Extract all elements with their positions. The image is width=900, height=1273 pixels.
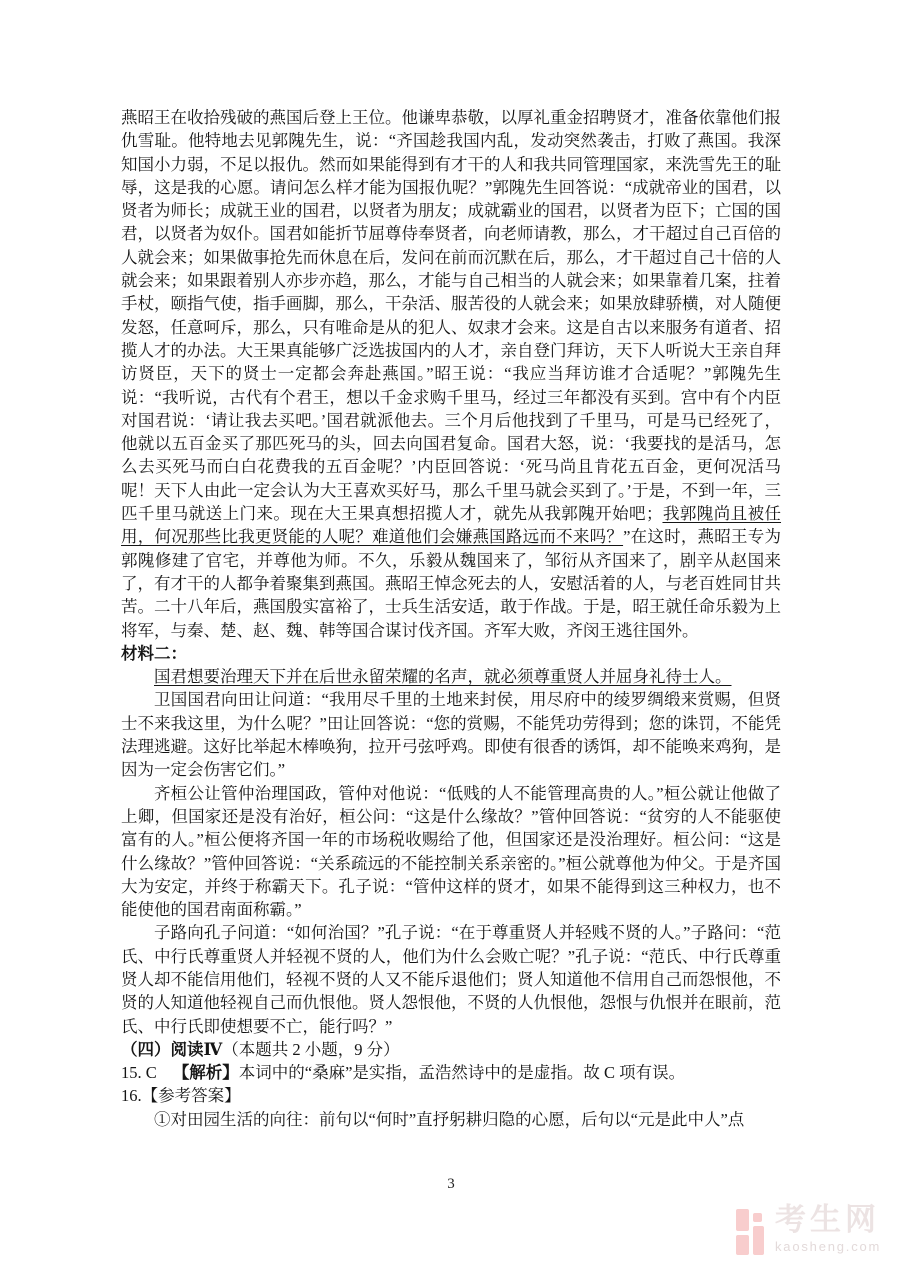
logo-block <box>736 1209 749 1231</box>
answer-16-point1: ①对田园生活的向往：前句以“何时”直抒躬耕归隐的心愿，后句以“元是此中人”点 <box>121 1108 781 1131</box>
section4-meta: （本题共 2 小题，9 分） <box>222 1040 399 1059</box>
page-number: 3 <box>0 1176 900 1193</box>
watermark-text: 考生网 kaosheng.com <box>775 1204 881 1254</box>
watermark-domain: kaosheng.com <box>775 1239 881 1254</box>
logo-block <box>736 1235 749 1255</box>
answer-15-analysis-label: 【解析】 <box>173 1063 239 1082</box>
material1-text-pre: 燕昭王在收拾残破的燕国后登上王位。他谦卑恭敬，以厚礼重金招聘贤才，准备依靠他们报… <box>121 108 781 523</box>
logo-block <box>753 1226 764 1255</box>
logo-block <box>753 1213 762 1222</box>
material1-translation-paragraph: 燕昭王在收拾残破的燕国后登上王位。他谦卑恭敬，以厚礼重金招聘贤才，准备依靠他们报… <box>121 106 781 642</box>
document-body: 燕昭王在收拾残破的燕国后登上王位。他谦卑恭敬，以厚礼重金招聘贤才，准备依靠他们报… <box>121 106 781 1131</box>
answer-15-analysis-text: 本词中的“桑麻”是实指，孟浩然诗中的是虚指。故 C 项有误。 <box>239 1063 685 1082</box>
answer-15-choice: 15. C <box>121 1063 157 1082</box>
material2-thesis-line: 国君想要治理天下并在后世永留荣耀的名声，就必须尊重贤人并屈身礼待士人。 <box>121 665 781 688</box>
kaosheng-logo-icon <box>736 1209 768 1259</box>
answer-16-number: 16. <box>121 1086 142 1105</box>
watermark-brand: 考生网 <box>775 1204 881 1237</box>
material2-paragraph-qihuangong: 齐桓公让管仲治理国政，管仲对他说：“低贱的人不能管理高贵的人。”桓公就让他做了上… <box>121 782 781 922</box>
material2-heading: 材料二： <box>121 642 781 665</box>
material2-thesis-underline: 国君想要治理天下并在后世永留荣耀的名声，就必须尊重贤人并屈身礼待士人。 <box>154 667 732 686</box>
material2-paragraph-weiguo: 卫国国君向田让问道：“我用尽千里的土地来封侯，用尽府中的绫罗绸缎来赏赐，但贤士不… <box>121 688 781 781</box>
kaosheng-watermark: 考生网 kaosheng.com <box>736 1204 881 1259</box>
material2-paragraph-zilu: 子路向孔子问道：“如何治国？”孔子说：“在于尊重贤人并轻贱不贤的人。”子路问：“… <box>121 921 781 1037</box>
answer-16-reference-label: 【参考答案】 <box>142 1086 241 1105</box>
answer-15-line: 15. C【解析】本词中的“桑麻”是实指，孟浩然诗中的是虚指。故 C 项有误。 <box>121 1061 781 1084</box>
section4-heading: （四）阅读Ⅳ（本题共 2 小题，9 分） <box>121 1038 781 1061</box>
section4-title: （四）阅读Ⅳ <box>121 1040 222 1059</box>
answer-16-line: 16.【参考答案】 <box>121 1084 781 1107</box>
